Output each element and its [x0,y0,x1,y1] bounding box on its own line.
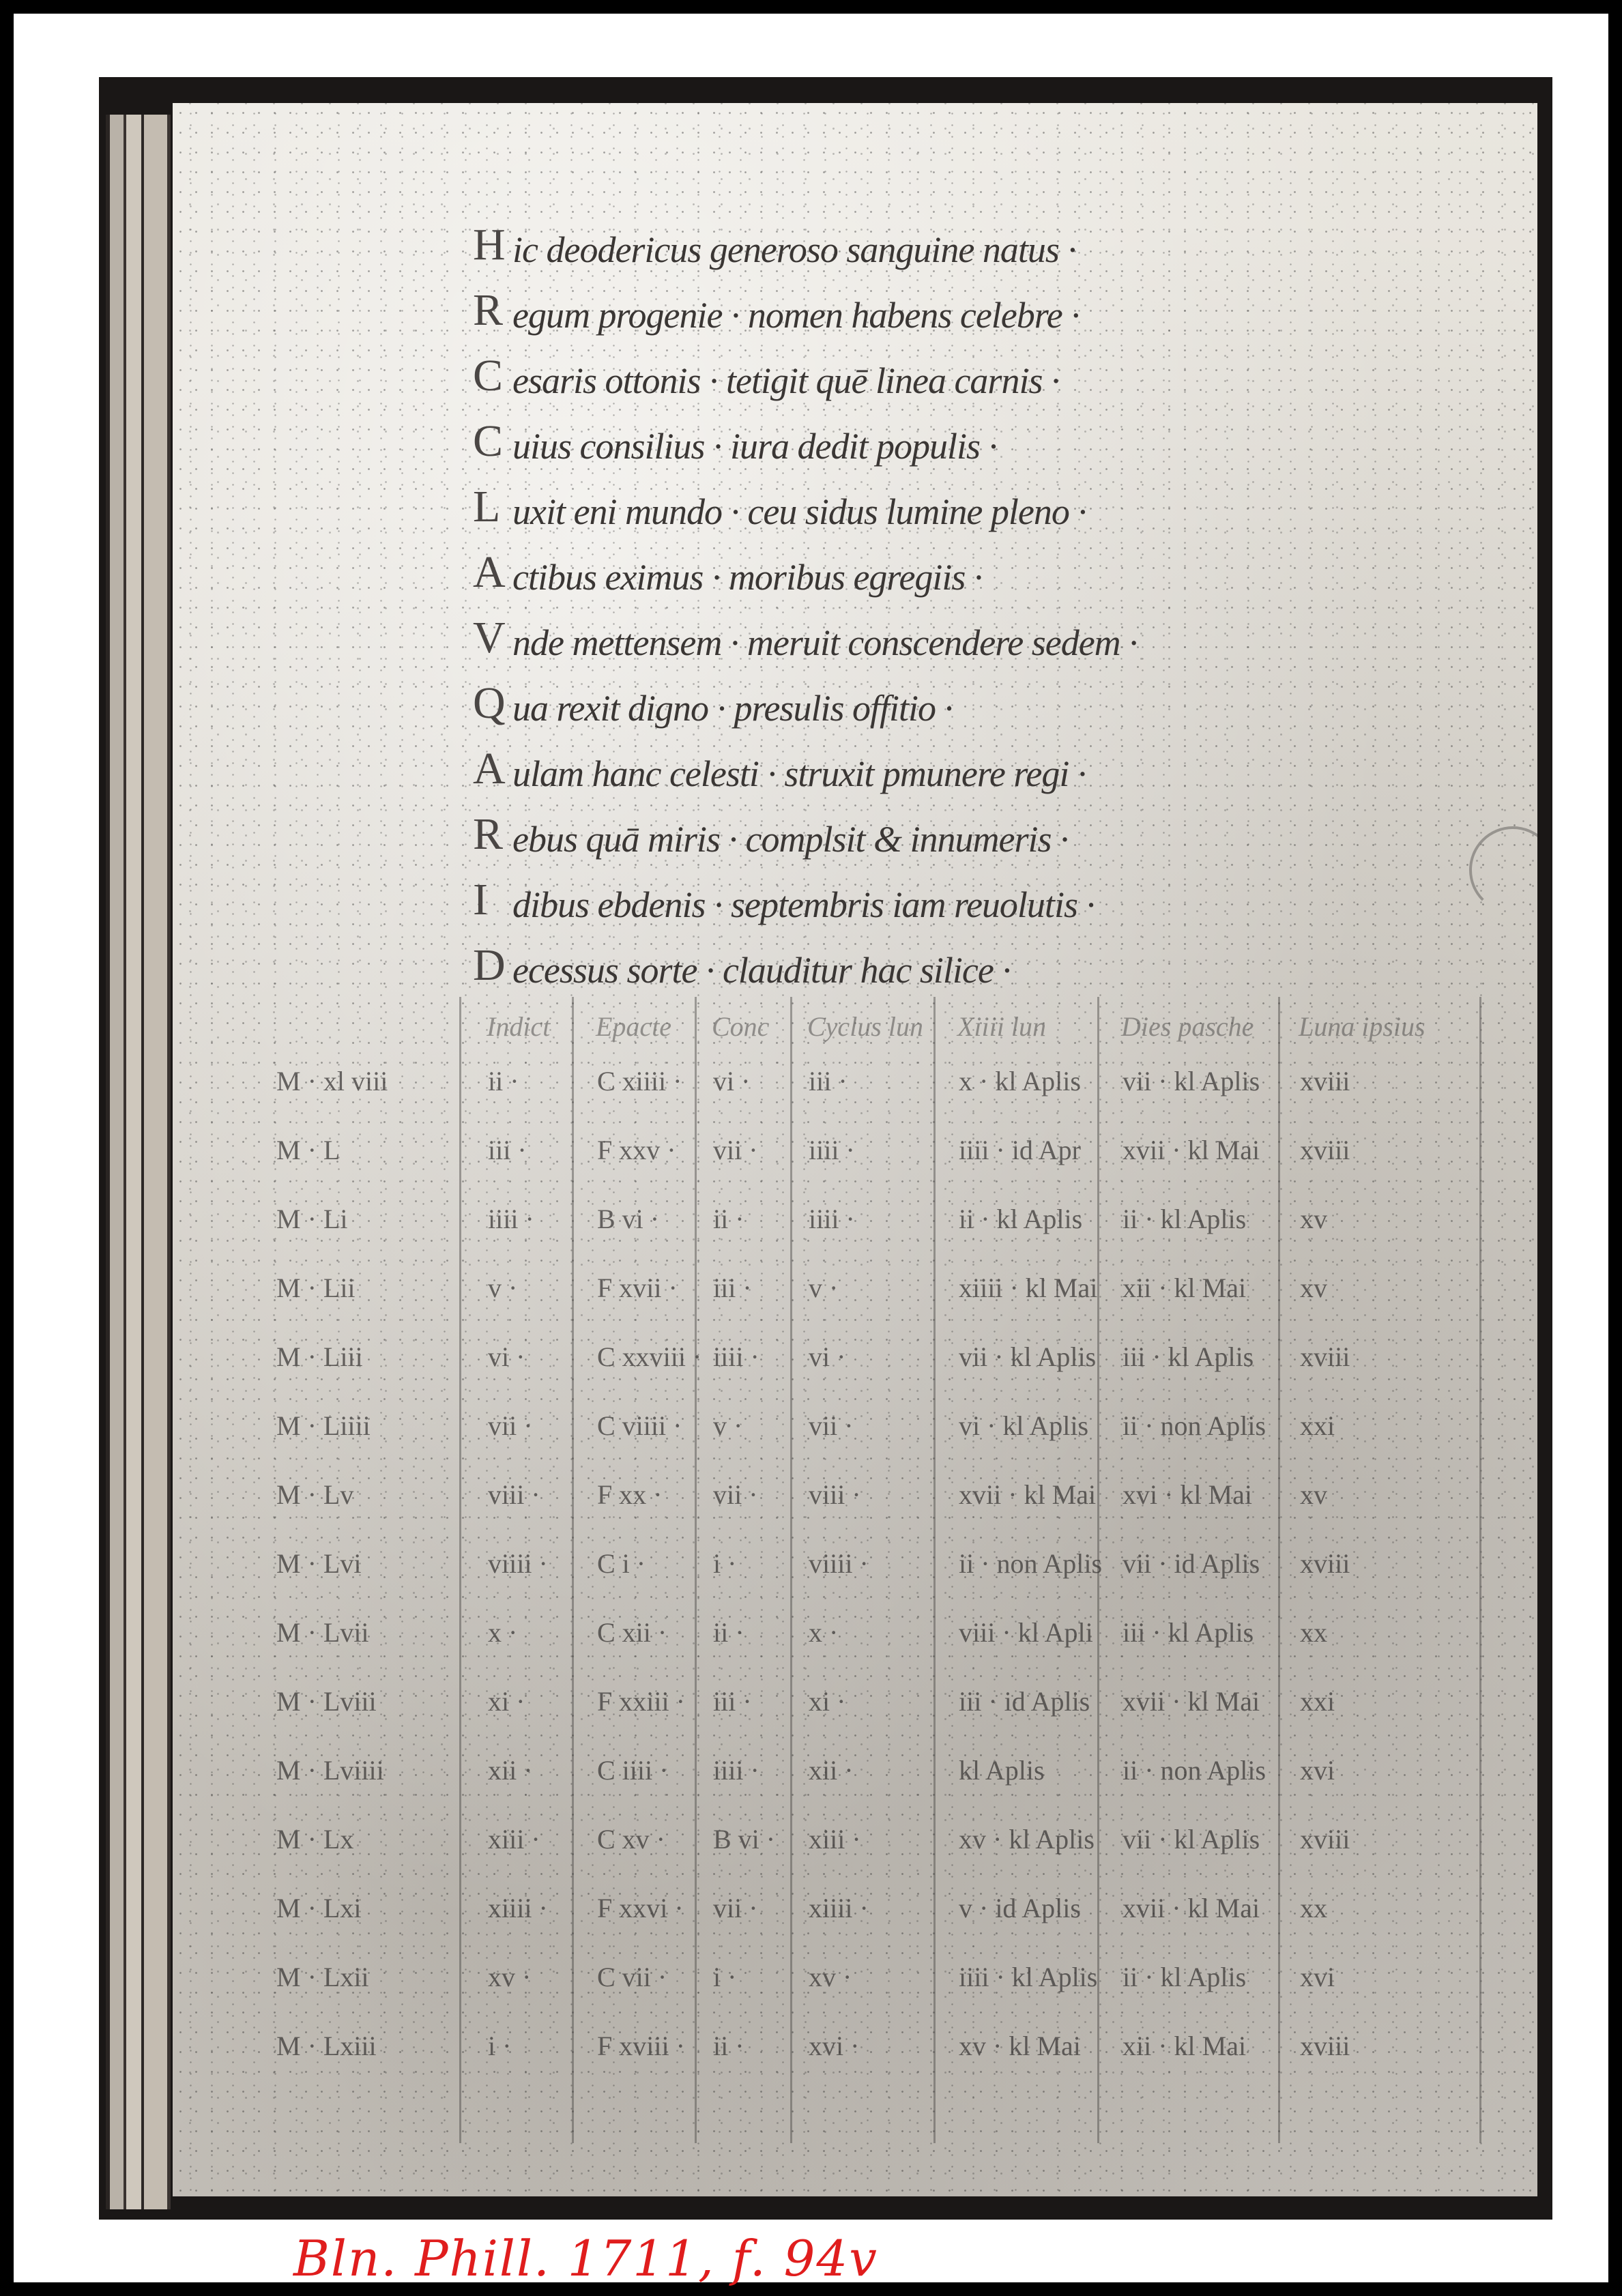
verse-text: ebus quā miris · complsit & innumeris · [512,818,1069,860]
table-cell: M · L [276,1134,340,1166]
table-cell: xvii · kl Mai [1123,1685,1260,1717]
photo-mount: Hic deodericus generoso sanguine natus ·… [14,14,1608,2282]
table-cell: xvii · kl Mai [1123,1892,1260,1924]
poem-verse: Luxit eni mundo · ceu sidus lumine pleno… [473,467,1496,533]
table-cell: i · [713,1547,736,1580]
table-cell: B vi · [713,1823,775,1855]
verse-text: egum progenie · nomen habens celebre · [512,294,1080,336]
column-header: Dies pasche [1121,1011,1254,1043]
table-cell: M · Lviii [276,1685,377,1717]
table-cell: x · [488,1616,517,1648]
table-cell: C xv · [597,1823,665,1855]
poem-verse: Decessus sorte · clauditur hac silice · [473,926,1496,991]
table-cell: C xii · [597,1616,667,1648]
table-cell: xvi [1300,1754,1335,1786]
table-cell: C xxviii · [597,1341,701,1373]
table-row: M · Lxiiii ·F xviii ·ii ·xvi ·xv · kl Ma… [268,2030,1537,2084]
table-cell: vi · [713,1065,750,1097]
table-cell: F xviii · [597,2030,685,2062]
column-header: Conc [712,1011,769,1043]
table-cell: M · Lviiii [276,1754,384,1786]
table-cell: v · [809,1272,838,1304]
table-row: M · Lvviii ·F xx ·vii ·viii ·xvii · kl M… [268,1479,1537,1533]
verse-initial: D [473,940,503,991]
table-cell: viii · kl Apli [959,1616,1093,1648]
poem-verse: Idibus ebdenis · septembris iam reuoluti… [473,860,1496,926]
table-cell: M · Lxii [276,1961,369,1993]
table-cell: viii · [809,1479,861,1511]
verse-initial: H [473,219,503,271]
table-row: M · Liiivi ·C xxviii ·iiii ·vi ·vii · kl… [268,1341,1537,1395]
table-cell: M · Liiii [276,1410,371,1442]
table-row: M · xl viiiii ·C xiiii ·vi ·iii ·x · kl … [268,1065,1537,1120]
table-cell: vii · [713,1479,758,1511]
table-cell: iii · id Aplis [959,1685,1090,1717]
table-cell: xiiii · [488,1892,548,1924]
table-cell: F xx · [597,1479,663,1511]
table-cell: xviii [1300,1823,1350,1855]
table-row: M · Liiv ·F xvii ·iii ·v ·xiiii · kl Mai… [268,1272,1537,1326]
table-row: M · Liii ·F xxv ·vii ·iiii ·iiii · id Ap… [268,1134,1537,1189]
table-cell: viiii · [809,1547,869,1580]
table-cell: C vii · [597,1961,667,1993]
epitaph-poem: Hic deodericus generoso sanguine natus ·… [473,205,1496,991]
table-cell: M · Liii [276,1341,363,1373]
table-cell: xviii [1300,1134,1350,1166]
table-cell: iiii · [488,1203,534,1235]
table-cell: xv · kl Aplis [959,1823,1095,1855]
verse-text: uxit eni mundo · ceu sidus lumine pleno … [512,491,1086,533]
table-cell: vii · [713,1892,758,1924]
table-cell: xx [1300,1892,1327,1924]
table-cell: F xxvi · [597,1892,684,1924]
verse-initial: I [473,874,503,926]
table-cell: ii · non Aplis [1123,1410,1266,1442]
table-cell: v · id Aplis [959,1892,1081,1924]
table-cell: iii · [713,1685,752,1717]
table-cell: F xvii · [597,1272,678,1304]
table-cell: iiii · [713,1754,759,1786]
table-cell: xx [1300,1616,1327,1648]
table-row: M · Lviviiii ·C i ·i ·viiii ·ii · non Ap… [268,1547,1537,1602]
verse-initial: V [473,612,503,664]
table-cell: v · [713,1410,742,1442]
table-header: IndictEpacteConcCyclus lunXiiii lunDies … [268,1011,1537,1065]
verse-text: uius consilius · iura dedit populis · [512,425,997,467]
table-cell: ii · non Aplis [1123,1754,1266,1786]
table-row: M · Lxixiiii ·F xxvi ·vii ·xiiii ·v · id… [268,1892,1537,1947]
table-cell: iii · [488,1134,527,1166]
table-cell: iiii · kl Aplis [959,1961,1097,1993]
table-cell: xv [1300,1479,1327,1511]
table-cell: vii · [488,1410,533,1442]
poem-verse: Cesaris ottonis · tetigit quē linea carn… [473,336,1496,402]
verse-initial: R [473,809,503,860]
poem-verse: Rebus quā miris · complsit & innumeris · [473,795,1496,860]
table-cell: iii · kl Aplis [1123,1341,1254,1373]
table-cell: vi · kl Aplis [959,1410,1088,1442]
table-cell: xvi · [809,2030,859,2062]
table-cell: ii · kl Aplis [959,1203,1082,1235]
table-cell: i · [713,1961,736,1993]
verse-initial: L [473,481,503,533]
verse-text: ulam hanc celesti · struxit pmunere regi… [512,753,1086,795]
table-cell: vi · [809,1341,845,1373]
verse-initial: C [473,350,503,402]
table-cell: iii · kl Aplis [1123,1616,1254,1648]
verse-text: esaris ottonis · tetigit quē linea carni… [512,360,1059,402]
table-cell: kl Aplis [959,1754,1045,1786]
poem-verse: Cuius consilius · iura dedit populis · [473,402,1496,467]
table-cell: M · Lxiii [276,2030,377,2062]
manuscript-photograph: Hic deodericus generoso sanguine natus ·… [99,77,1552,2220]
table-cell: xv [1300,1272,1327,1304]
table-cell: xvi · kl Mai [1123,1479,1252,1511]
shelfmark-caption: Bln. Phill. 1711, f. 94v [293,2230,878,2287]
table-cell: M · Lvi [276,1547,361,1580]
table-cell: xviii [1300,1065,1350,1097]
table-cell: vii · kl Aplis [1123,1823,1260,1855]
table-row: M · Liiiii ·B vi ·ii ·iiii ·ii · kl Apli… [268,1203,1537,1258]
table-cell: vii · kl Aplis [1123,1065,1260,1097]
table-cell: xvii · kl Mai [1123,1134,1260,1166]
verse-initial: R [473,285,503,336]
verse-initial: Q [473,678,503,729]
poem-verse: Aulam hanc celesti · struxit pmunere reg… [473,729,1496,795]
table-cell: xii · kl Mai [1123,1272,1246,1304]
table-cell: ii · [713,1616,744,1648]
table-cell: M · xl viii [276,1065,388,1097]
table-cell: viiii · [488,1547,548,1580]
table-cell: xv · kl Mai [959,2030,1081,2062]
table-cell: ii · [713,2030,744,2062]
table-cell: xvii · kl Mai [959,1479,1096,1511]
table-cell: x · [809,1616,838,1648]
table-cell: M · Lxi [276,1892,361,1924]
column-header: Epacte [596,1011,671,1043]
table-cell: xxi [1300,1410,1335,1442]
table-row: M · Lxxiii ·C xv ·B vi ·xiii ·xv · kl Ap… [268,1823,1537,1878]
column-header: Cyclus lun [807,1011,923,1043]
poem-verse: Actibus eximus · moribus egregiis · [473,533,1496,598]
table-cell: ii · [488,1065,519,1097]
table-cell: x · kl Aplis [959,1065,1081,1097]
table-row: M · Lviix ·C xii ·ii ·x ·viii · kl Aplii… [268,1616,1537,1671]
table-cell: M · Lv [276,1479,353,1511]
table-cell: i · [488,2030,511,2062]
table-cell: xiiii · [809,1892,869,1924]
table-cell: xv [1300,1203,1327,1235]
poem-verse: Regum progenie · nomen habens celebre · [473,271,1496,336]
table-cell: xii · kl Mai [1123,2030,1246,2062]
table-cell: C xiiii · [597,1065,682,1097]
table-cell: vii · [713,1134,758,1166]
table-cell: xxi [1300,1685,1335,1717]
table-cell: vi · [488,1341,525,1373]
verse-text: ecessus sorte · clauditur hac silice · [512,949,1011,991]
table-row: M · Liiiivii ·C viiii ·v ·vii ·vi · kl A… [268,1410,1537,1464]
poem-verse: Vnde mettensem · meruit conscendere sede… [473,598,1496,664]
table-cell: M · Li [276,1203,347,1235]
table-cell: viii · [488,1479,540,1511]
table-cell: xviii [1300,1341,1350,1373]
table-cell: vii · id Aplis [1123,1547,1260,1580]
table-cell: xi · [809,1685,845,1717]
table-cell: M · Lvii [276,1616,369,1648]
table-cell: M · Lx [276,1823,353,1855]
table-cell: iiii · [713,1341,759,1373]
table-cell: C i · [597,1547,646,1580]
table-row: M · Lxiixv ·C vii ·i ·xv ·iiii · kl Apli… [268,1961,1537,2016]
verse-text: ctibus eximus · moribus egregiis · [512,556,982,598]
table-cell: xviii [1300,1547,1350,1580]
table-cell: ii · kl Aplis [1123,1961,1246,1993]
table-cell: F xxiii · [597,1685,685,1717]
verse-text: dibus ebdenis · septembris iam reuolutis… [512,884,1095,926]
table-cell: iii · [713,1272,752,1304]
table-cell: xii · [488,1754,533,1786]
verse-text: nde mettensem · meruit conscendere sedem… [512,622,1138,664]
table-cell: v · [488,1272,517,1304]
table-cell: iiii · id Apr [959,1134,1081,1166]
poem-verse: Hic deodericus generoso sanguine natus · [473,205,1496,271]
table-cell: B vi · [597,1203,659,1235]
table-cell: iiii · [809,1134,855,1166]
table-cell: ii · non Aplis [959,1547,1102,1580]
table-cell: xi · [488,1685,525,1717]
column-header: Luna ipsius [1299,1011,1425,1043]
table-cell: F xxv · [597,1134,676,1166]
table-cell: C viiii · [597,1410,682,1442]
verse-text: ua rexit digno · presulis offitio · [512,687,953,729]
table-cell: iii · [809,1065,848,1097]
table-cell: vii · [809,1410,854,1442]
table-cell: xiii · [809,1823,861,1855]
table-cell: xii · [809,1754,854,1786]
table-cell: ii · [713,1203,744,1235]
manuscript-leaf: Hic deodericus generoso sanguine natus ·… [173,103,1537,2196]
book-page-edges [106,115,171,2209]
verse-initial: C [473,416,503,467]
table-cell: iiii · [809,1203,855,1235]
column-header: Xiiii lun [957,1011,1046,1043]
easter-table: IndictEpacteConcCyclus lunXiiii lunDies … [268,997,1537,2170]
verse-initial: A [473,743,503,795]
verse-text: ic deodericus generoso sanguine natus · [512,229,1076,271]
table-row: M · Lviiiixii ·C iiii ·iiii ·xii ·kl Apl… [268,1754,1537,1809]
table-cell: xviii [1300,2030,1350,2062]
table-row: M · Lviiixi ·F xxiii ·iii ·xi ·iii · id … [268,1685,1537,1740]
table-cell: xiiii · kl Mai [959,1272,1097,1304]
table-cell: xv · [809,1961,852,1993]
table-cell: M · Lii [276,1272,356,1304]
verse-initial: A [473,547,503,598]
table-cell: xiii · [488,1823,540,1855]
table-cell: ii · kl Aplis [1123,1203,1246,1235]
poem-verse: Qua rexit digno · presulis offitio · [473,664,1496,729]
table-cell: xvi [1300,1961,1335,1993]
table-cell: xv · [488,1961,531,1993]
table-cell: vii · kl Aplis [959,1341,1096,1373]
column-header: Indict [487,1011,550,1043]
table-cell: C iiii · [597,1754,668,1786]
